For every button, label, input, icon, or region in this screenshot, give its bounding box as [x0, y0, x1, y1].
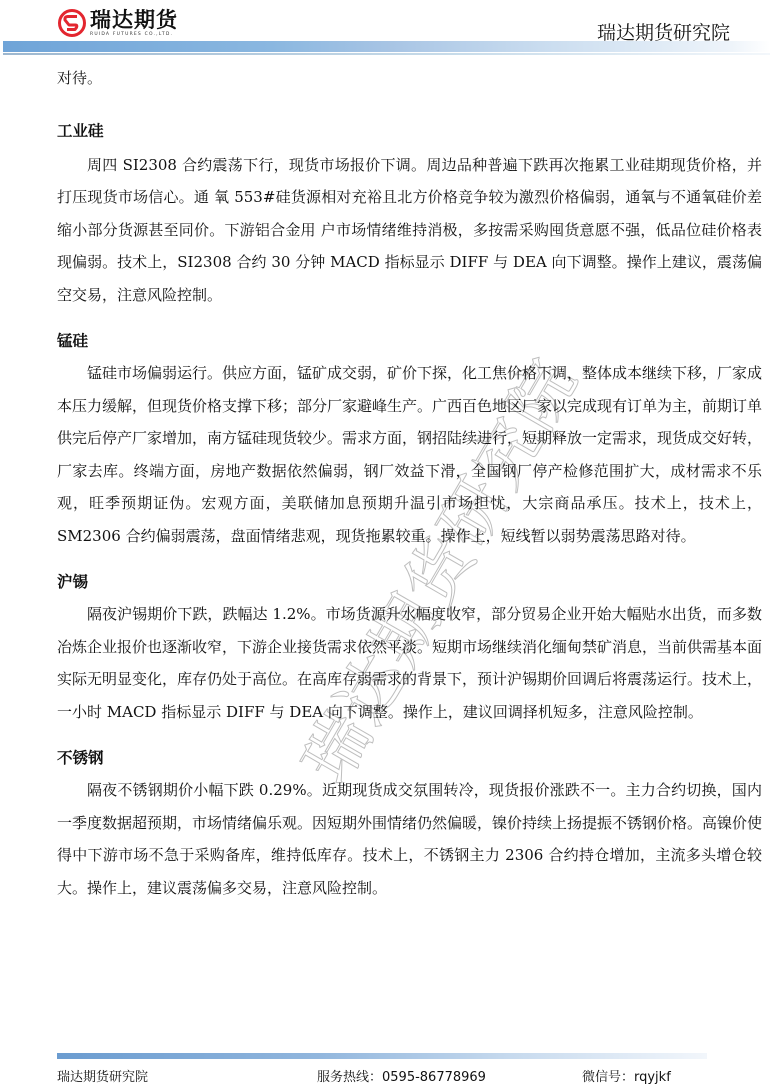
- continued-text: 对待。: [57, 62, 762, 95]
- section-silicomanganese: 锰硅 锰硅市场偏弱运行。供应方面，锰矿成交弱，矿价下探，化工焦价格下调，整体成本…: [57, 329, 762, 552]
- section-heading: 沪锡: [57, 570, 762, 594]
- logo-english-name: RUIDA FUTURES CO.,LTD.: [90, 31, 178, 38]
- footer-org-name: 瑞达期货研究院: [57, 1066, 148, 1085]
- section-body: 隔夜沪锡期价下跌，跌幅达 1.2%。市场货源升水幅度收窄，部分贸易企业开始大幅贴…: [57, 598, 762, 728]
- page-footer: 瑞达期货研究院 服务热线：0595-86778969 微信号：rqyjkf: [57, 1066, 707, 1086]
- page-header: 瑞达期货 RUIDA FUTURES CO.,LTD. 瑞达期货研究院: [0, 0, 770, 58]
- logo-chinese-name: 瑞达期货: [90, 9, 178, 31]
- section-heading: 锰硅: [57, 329, 762, 353]
- company-logo: 瑞达期货 RUIDA FUTURES CO.,LTD.: [58, 6, 178, 40]
- section-tin: 沪锡 隔夜沪锡期价下跌，跌幅达 1.2%。市场货源升水幅度收窄，部分贸易企业开始…: [57, 570, 762, 728]
- ruida-logo-icon: [58, 9, 86, 37]
- header-divider: [3, 53, 770, 55]
- section-industrial-silicon: 工业硅 周四 SI2308 合约震荡下行，现货市场报价下调。周边品种普遍下跌再次…: [57, 119, 762, 312]
- section-body: 隔夜不锈钢期价小幅下跌 0.29%。近期现货成交氛围转冷，现货报价涨跌不一。主力…: [57, 774, 762, 904]
- section-heading: 工业硅: [57, 119, 762, 143]
- footer-hotline: 服务热线：0595-86778969: [317, 1066, 486, 1085]
- footer-wechat: 微信号：rqyjkf: [582, 1066, 671, 1085]
- section-heading: 不锈钢: [57, 746, 762, 770]
- footer-gradient-bar: [57, 1053, 707, 1059]
- report-body: 对待。 工业硅 周四 SI2308 合约震荡下行，现货市场报价下调。周边品种普遍…: [57, 62, 762, 904]
- section-body: 锰硅市场偏弱运行。供应方面，锰矿成交弱，矿价下探，化工焦价格下调，整体成本继续下…: [57, 357, 762, 552]
- section-stainless-steel: 不锈钢 隔夜不锈钢期价小幅下跌 0.29%。近期现货成交氛围转冷，现货报价涨跌不…: [57, 746, 762, 904]
- section-body: 周四 SI2308 合约震荡下行，现货市场报价下调。周边品种普遍下跌再次拖累工业…: [57, 149, 762, 312]
- header-gradient-bar: [3, 41, 770, 52]
